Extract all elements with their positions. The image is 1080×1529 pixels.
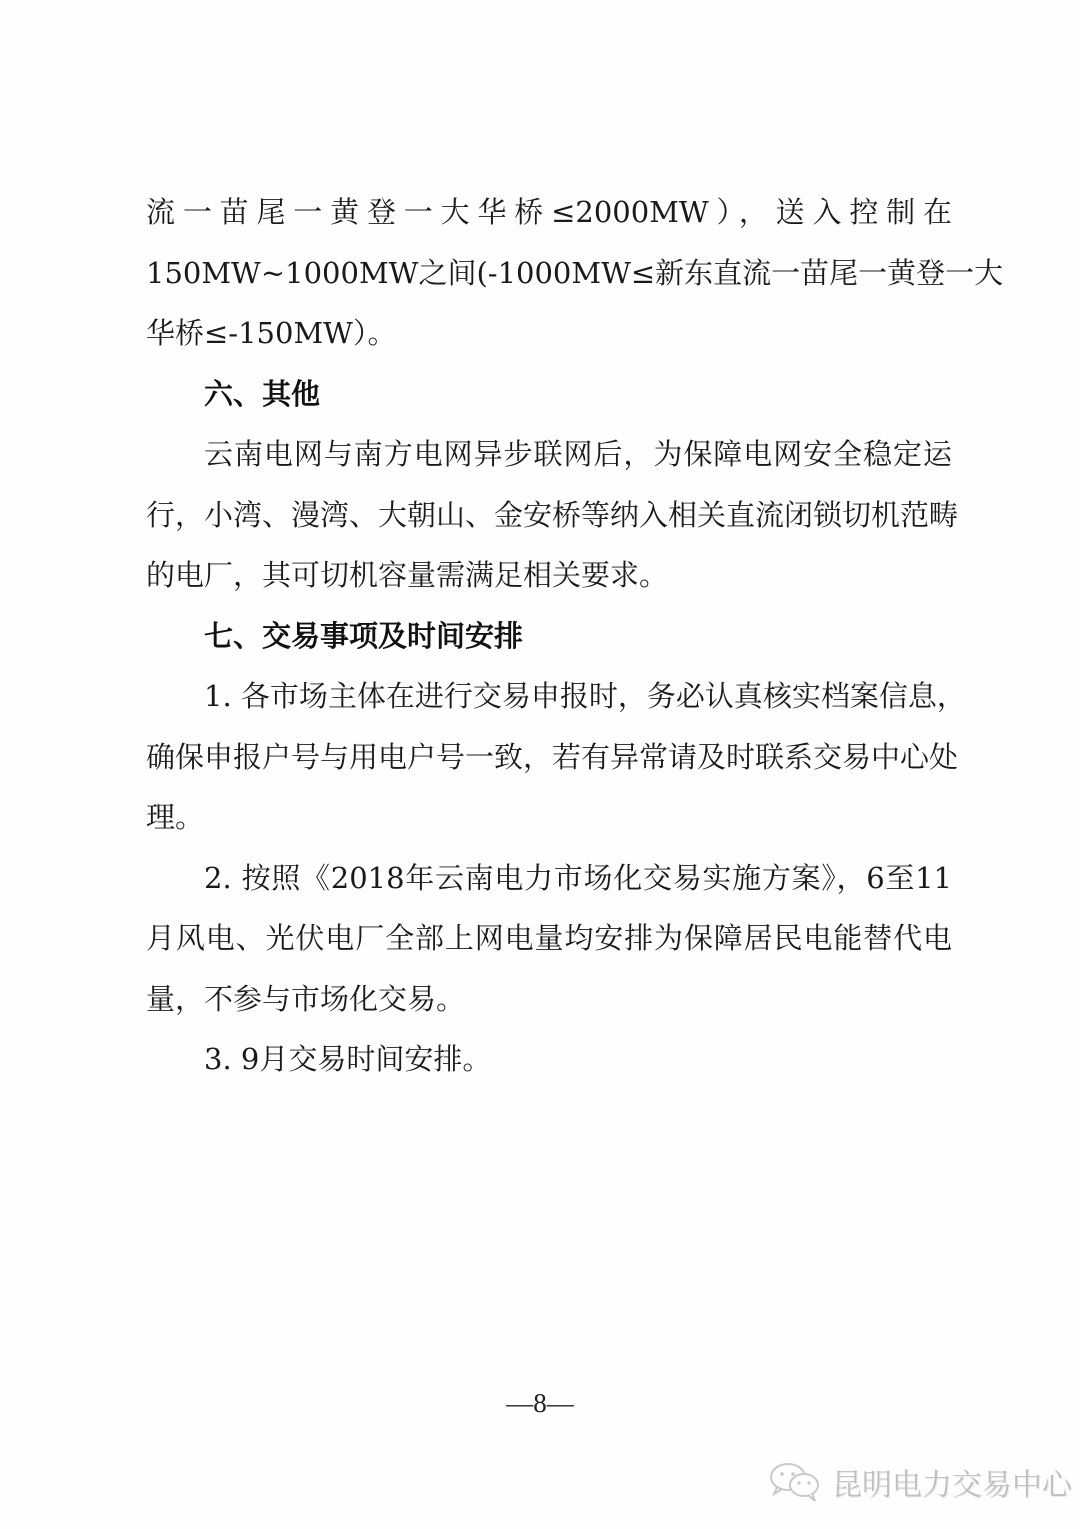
paragraph-item-3: 3. 9月交易时间安排。: [146, 1029, 952, 1090]
text-line: 流一苗尾一黄登一大华桥≤2000MW），送入控制在: [146, 182, 952, 243]
wechat-icon: [768, 1460, 824, 1504]
watermark-text: 昆明电力交易中心: [832, 1460, 1072, 1504]
text-line: 云南电网与南方电网异步联网后，为保障电网安全稳定运: [146, 424, 952, 485]
text-line: 量，不参与市场化交易。: [146, 969, 952, 1030]
text-line: 行，小湾、漫湾、大朝山、金安桥等纳入相关直流闭锁切机范畴: [146, 485, 952, 546]
text-line: 确保申报户号与用电户号一致，若有异常请及时联系交易中心处: [146, 727, 952, 788]
text-line: 华桥≤-150MW）。: [146, 303, 952, 364]
text-line: 1. 各市场主体在进行交易申报时，务必认真核实档案信息，: [146, 666, 952, 727]
watermark: 昆明电力交易中心: [768, 1460, 1072, 1504]
section-heading-other: 六、其他: [146, 364, 952, 425]
section-heading-trading-schedule: 七、交易事项及时间安排: [146, 606, 952, 667]
paragraph-item-1: 1. 各市场主体在进行交易申报时，务必认真核实档案信息， 确保申报户号与用电户号…: [146, 666, 952, 848]
paragraph: 云南电网与南方电网异步联网后，为保障电网安全稳定运 行，小湾、漫湾、大朝山、金安…: [146, 424, 952, 606]
text-line: 的电厂，其可切机容量需满足相关要求。: [146, 545, 952, 606]
text-line: 150MW~1000MW之间(-1000MW≤新东直流一苗尾一黄登一大: [146, 243, 952, 304]
page-number: —8—: [0, 1388, 1080, 1419]
text-line: 3. 9月交易时间安排。: [146, 1029, 952, 1090]
document-page: 流一苗尾一黄登一大华桥≤2000MW），送入控制在 150MW~1000MW之间…: [0, 0, 1080, 1529]
text-line: 理。: [146, 787, 952, 848]
text-line: 2. 按照《2018年云南电力市场化交易实施方案》，6至11: [146, 848, 952, 909]
text-line: 月风电、光伏电厂全部上网电量均安排为保障居民电能替代电: [146, 908, 952, 969]
document-body: 流一苗尾一黄登一大华桥≤2000MW），送入控制在 150MW~1000MW之间…: [146, 182, 952, 1090]
paragraph-item-2: 2. 按照《2018年云南电力市场化交易实施方案》，6至11 月风电、光伏电厂全…: [146, 848, 952, 1030]
